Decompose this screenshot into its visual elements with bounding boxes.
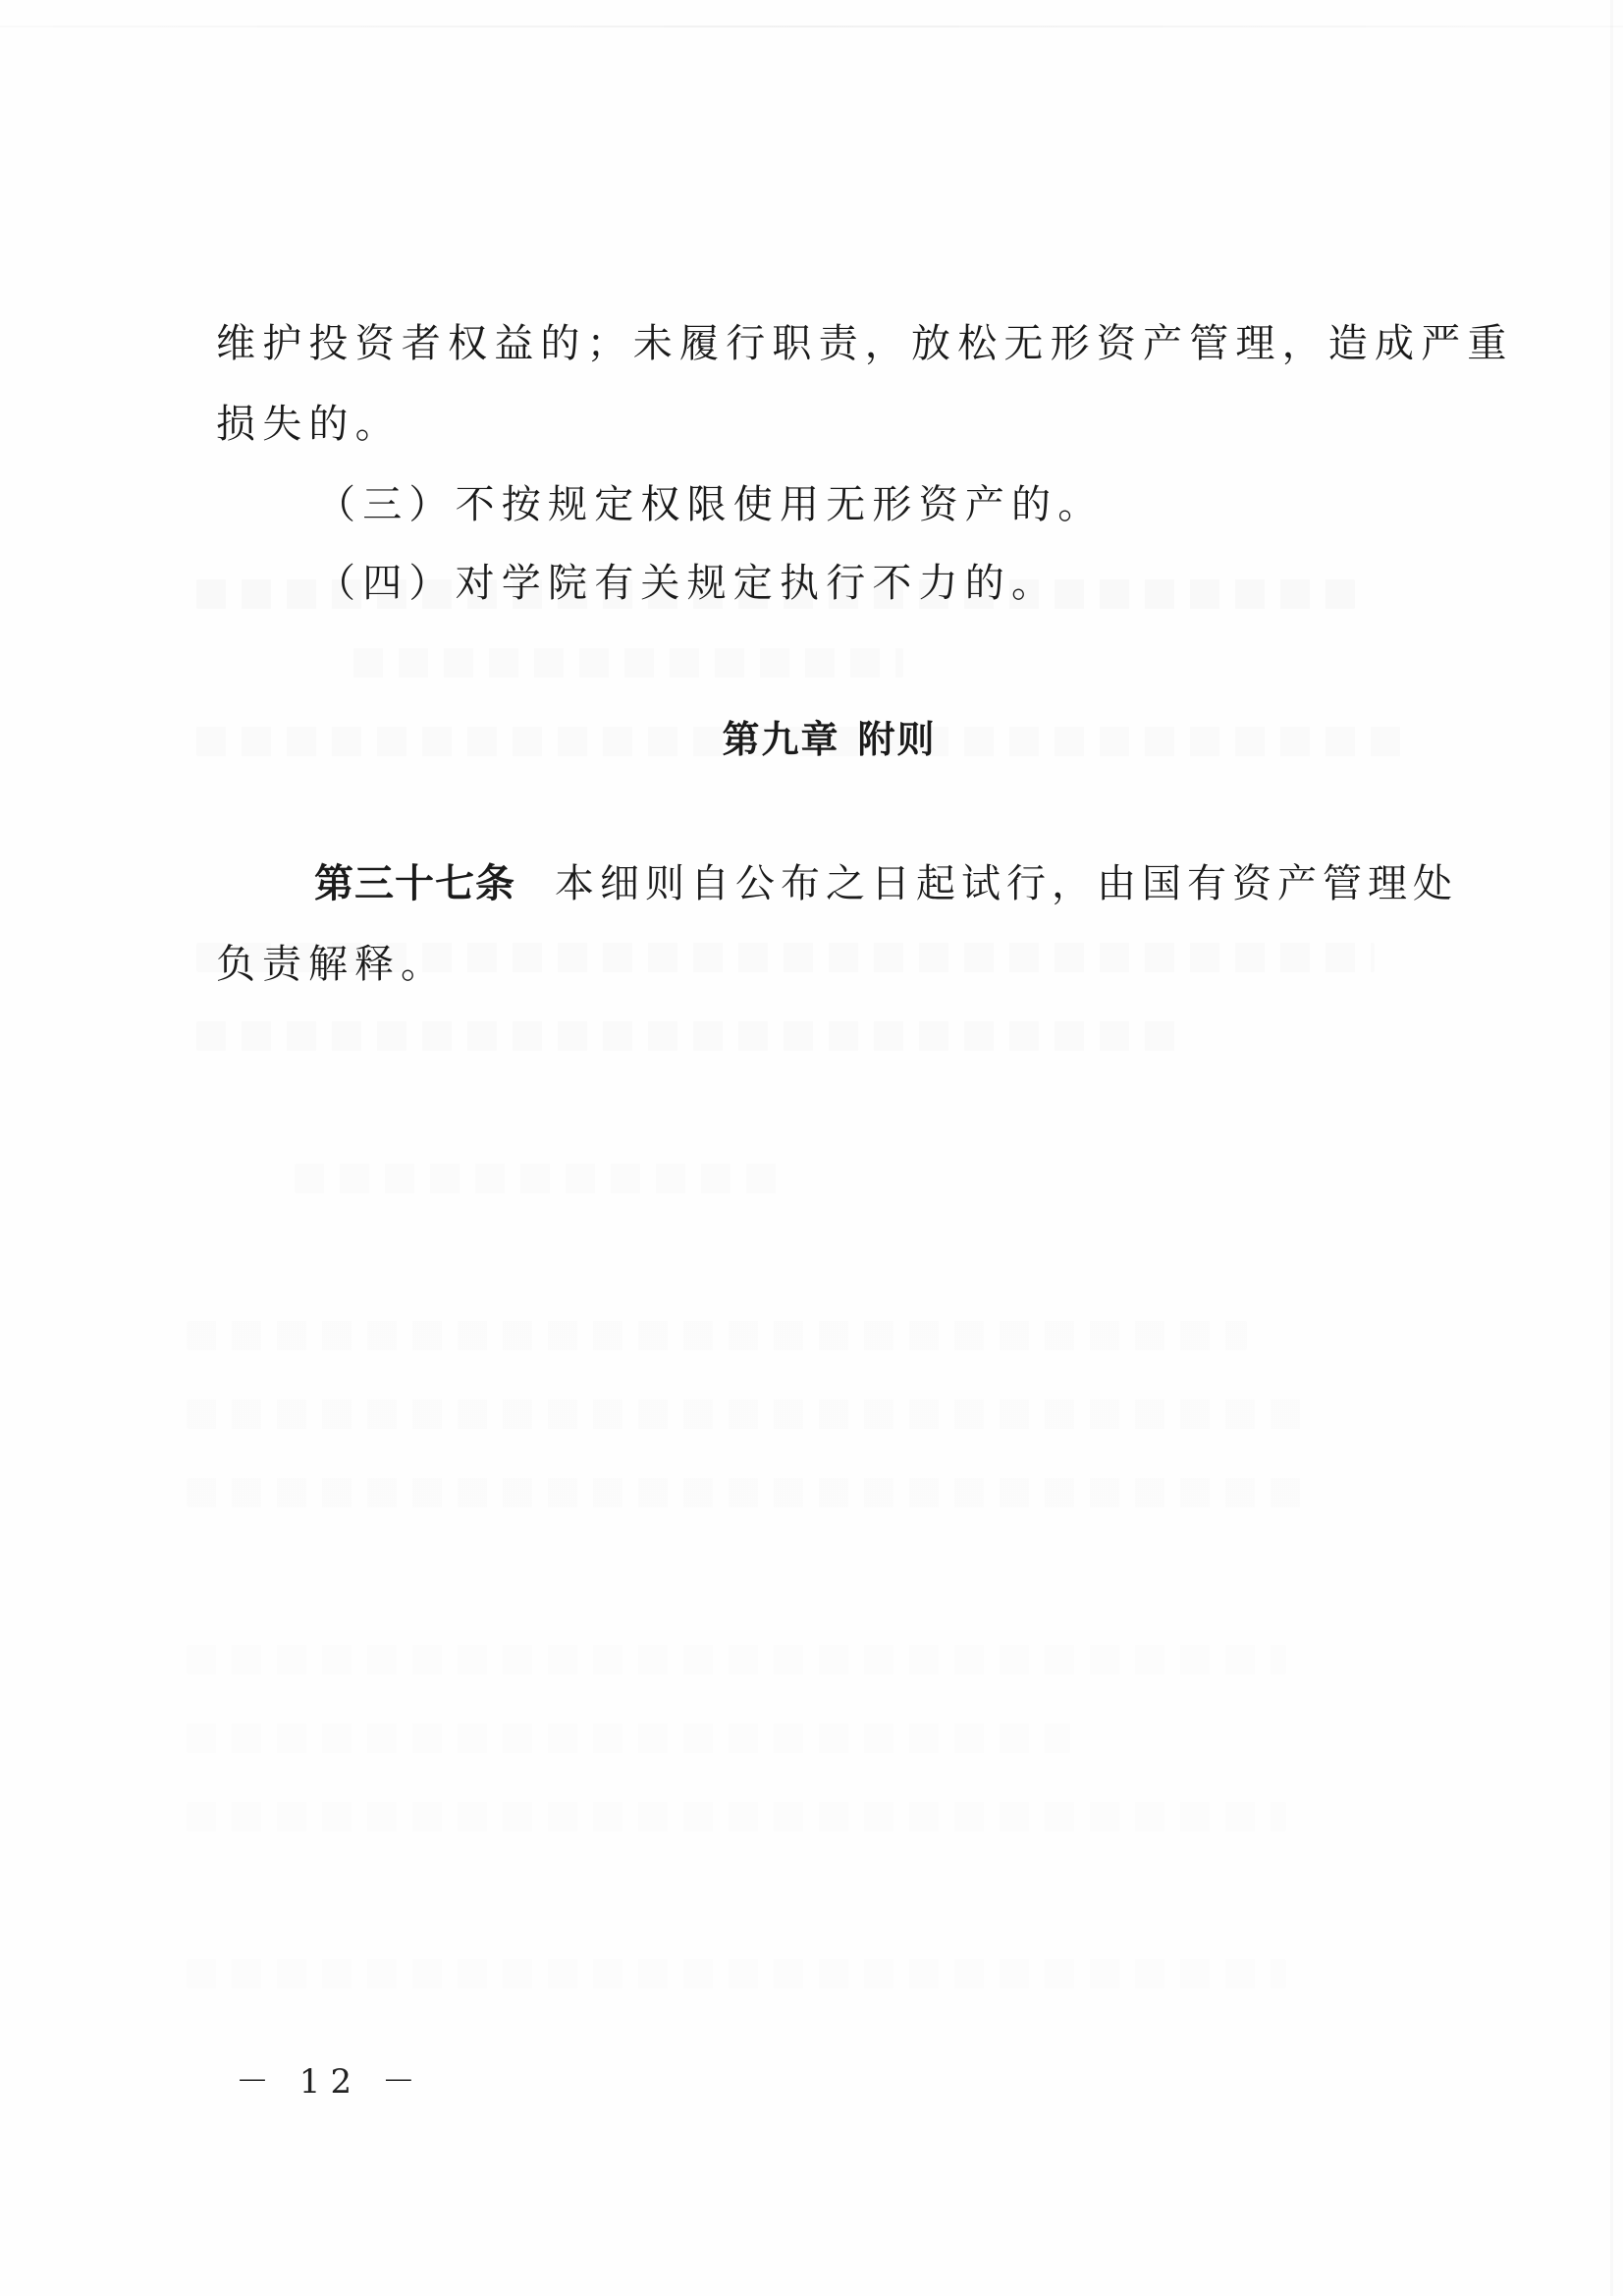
article-label: 第三十七条 <box>314 861 515 906</box>
bleed-through-mark <box>187 1959 1286 1989</box>
bleed-through-mark <box>295 1164 785 1193</box>
list-item-3: （三）不按规定权限使用无形资产的。 <box>316 481 1104 528</box>
bleed-through-mark <box>187 1802 1286 1831</box>
scan-edge <box>1610 0 1613 2296</box>
bleed-through-mark <box>196 1021 1178 1051</box>
paragraph-continuation-line-1: 维护投资者权益的；未履行职责，放松无形资产管理，造成严重 <box>216 320 1514 367</box>
paragraph-continuation-line-2: 损失的。 <box>216 401 402 448</box>
scan-edge <box>0 26 1623 27</box>
document-page: 维护投资者权益的；未履行职责，放松无形资产管理，造成严重 损失的。 （三）不按规… <box>0 0 1623 2296</box>
article-37: 第三十七条本细则自公布之日起试行，由国有资产管理处 <box>314 860 1458 907</box>
bleed-through-mark <box>187 1321 1247 1350</box>
bleed-through-mark <box>353 648 903 678</box>
article-text-line-1: 本细则自公布之日起试行，由国有资产管理处 <box>555 861 1458 906</box>
chapter-heading: 第九章附则 <box>0 709 1623 763</box>
page-number: － 12 － <box>236 2054 425 2103</box>
list-item-4: （四）对学院有关规定执行不力的。 <box>316 560 1057 607</box>
bleed-through-mark <box>187 1478 1306 1507</box>
article-text-line-2: 负责解释。 <box>216 941 447 988</box>
bleed-through-mark <box>187 1645 1286 1674</box>
chapter-number: 第九章 <box>722 718 839 761</box>
chapter-title: 附则 <box>858 718 937 761</box>
bleed-through-mark <box>187 1723 1070 1753</box>
bleed-through-mark <box>187 1399 1306 1429</box>
